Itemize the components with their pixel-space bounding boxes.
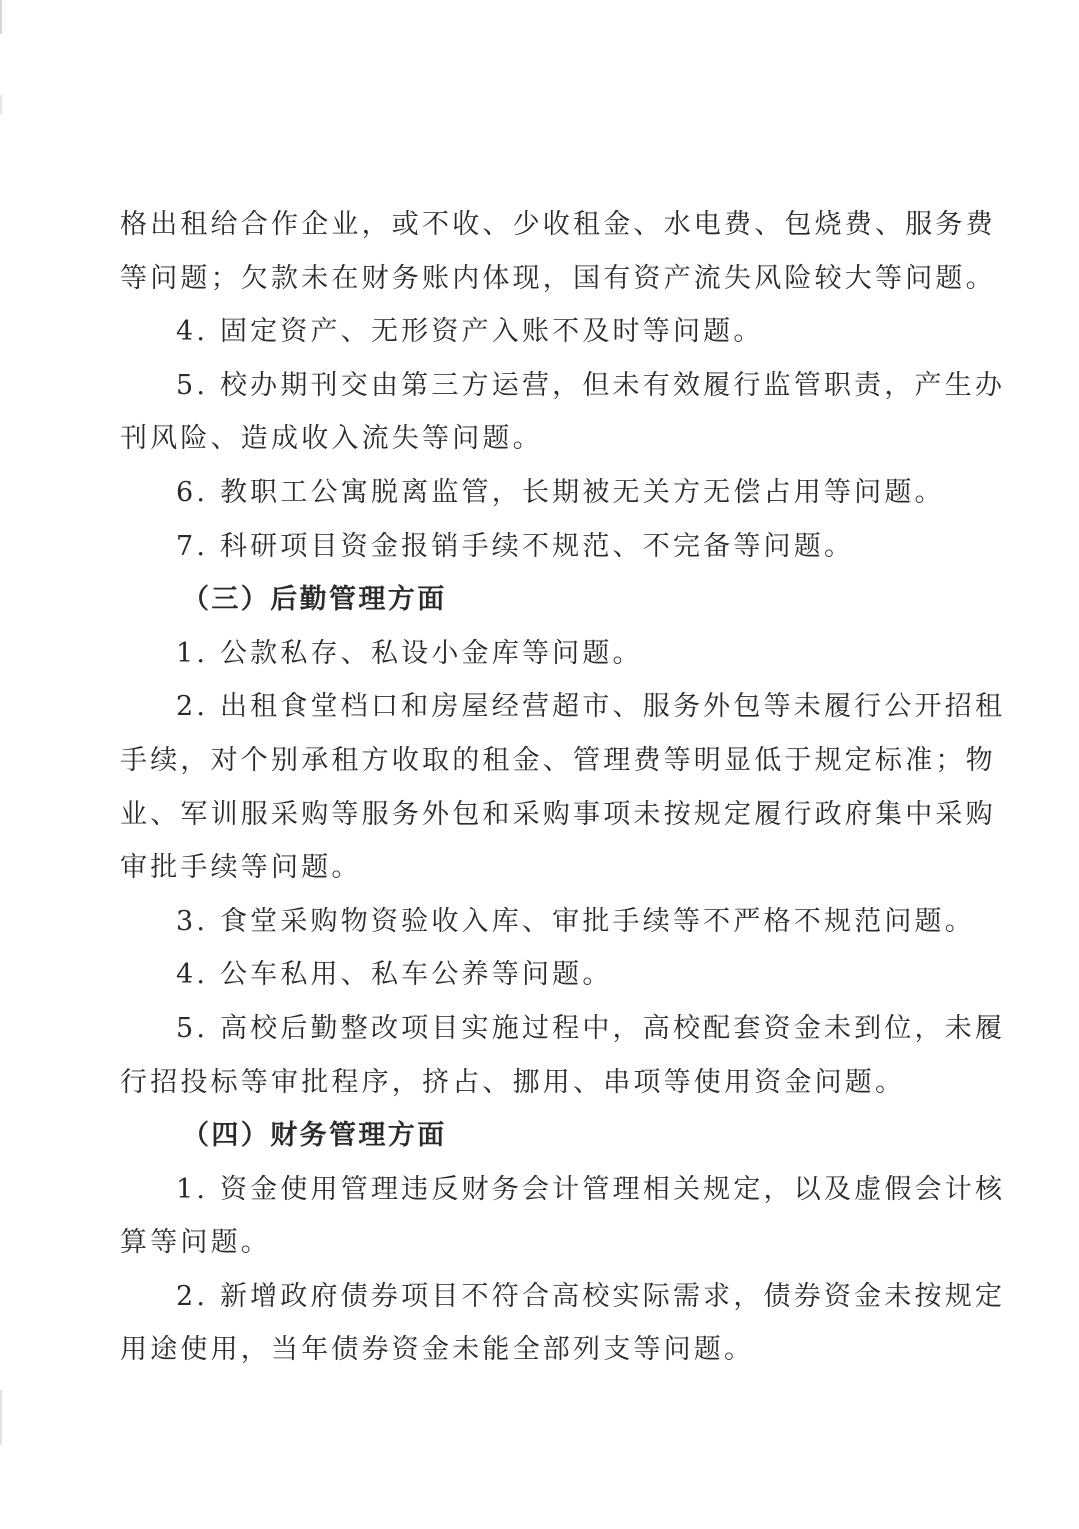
paragraph-line: 格出租给合作企业，或不收、少收租金、水电费、包烧费、服务费 [120,198,976,252]
list-item-4-assets: 4. 固定资产、无形资产入账不及时等问题。 [120,305,976,359]
paragraph-line: 刊风险、造成收入流失等问题。 [120,412,976,466]
paragraph-line: 审批手续等问题。 [120,841,976,895]
list-item-7-research-funds: 7. 科研项目资金报销手续不规范、不完备等问题。 [120,520,976,574]
paragraph-line: 手续，对个别承租方收取的租金、管理费等明显低于规定标准；物 [120,734,976,788]
list-item-1-accounting: 1. 资金使用管理违反财务会计管理相关规定，以及虚假会计核 [120,1163,976,1217]
list-item-4-vehicles: 4. 公车私用、私车公养等问题。 [120,948,976,1002]
paragraph-line: 业、军训服采购等服务外包和采购事项未按规定履行政府集中采购 [120,788,976,842]
paragraph-line: 算等问题。 [120,1216,976,1270]
page-edge-top-left [0,0,2,34]
list-item-2-bonds: 2. 新增政府债券项目不符合高校实际需求，债券资金未按规定 [120,1270,976,1324]
document-body: 格出租给合作企业，或不收、少收租金、水电费、包烧费、服务费 等问题；欠款未在财务… [120,198,976,1377]
list-item-5-journal: 5. 校办期刊交由第三方运营，但未有效履行监管职责，产生办 [120,359,976,413]
list-item-2-rental: 2. 出租食堂档口和房屋经营超市、服务外包等未履行公开招租 [120,680,976,734]
list-item-5-rectification: 5. 高校后勤整改项目实施过程中，高校配套资金未到位，未履 [120,1002,976,1056]
list-item-6-apartments: 6. 教职工公寓脱离监管，长期被无关方无偿占用等问题。 [120,466,976,520]
page-edge-bottom-left [0,1390,2,1445]
paragraph-line: 等问题；欠款未在财务账内体现，国有资产流失风险较大等问题。 [120,252,976,306]
paragraph-line: 用途使用，当年债券资金未能全部列支等问题。 [120,1323,976,1377]
section-heading-finance: （四）财务管理方面 [120,1109,976,1163]
paragraph-line: 行招投标等审批程序，挤占、挪用、串项等使用资金问题。 [120,1056,976,1110]
section-heading-logistics: （三）后勤管理方面 [120,573,976,627]
list-item-1-private-funds: 1. 公款私存、私设小金库等问题。 [120,627,976,681]
page-edge-mid-left [0,95,2,115]
list-item-3-canteen: 3. 食堂采购物资验收入库、审批手续等不严格不规范问题。 [120,895,976,949]
